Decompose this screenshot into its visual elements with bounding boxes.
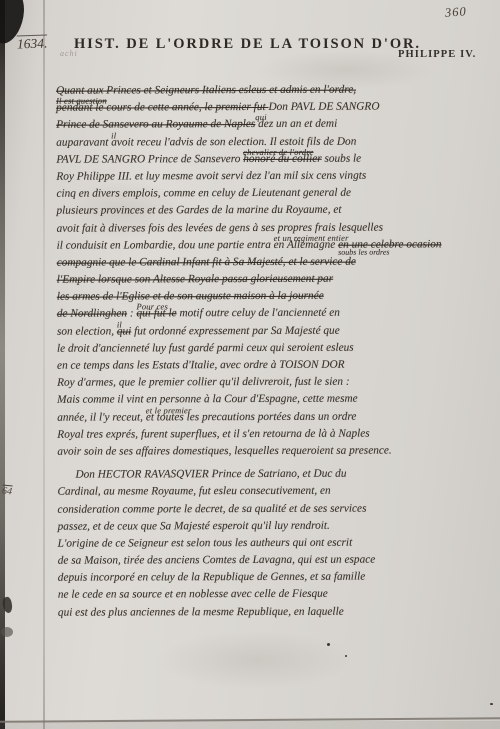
manuscript-text: année, il l'y receut, — [57, 411, 146, 423]
manuscript-line: depuis incorporé en celuy de la Republiq… — [58, 569, 460, 588]
manuscript-text: : — [127, 308, 136, 320]
manuscript-text: Royal tres exprés, furent superflues, et… — [57, 427, 369, 440]
manuscript-line: année, il l'y receut, et le premieret to… — [57, 408, 459, 427]
manuscript-text: dez un an et demi — [255, 118, 337, 130]
page-title: HIST. DE L'ORDRE DE LA TOISON D'OR. — [74, 36, 421, 53]
manuscript-line: PAVL DE SANGRO Prince de Sansevero cheva… — [56, 150, 458, 169]
manuscript-line: son election, ilqui fut ordonné expresse… — [57, 322, 459, 341]
manuscript-text: soubs le — [322, 152, 362, 164]
manuscript-text: auparavant — [56, 136, 111, 148]
manuscript-line: Prince de Sansevero au Royaume de Naples… — [56, 116, 458, 135]
manuscript-text: qui est des plus anciennes de la mesme R… — [58, 605, 344, 618]
manuscript-line: Don HECTOR RAVASQVIER Prince de Satriano… — [57, 465, 459, 484]
ink-blot — [1, 627, 13, 637]
manuscript-line: Roy d'armes, que le premier collier qu'i… — [57, 373, 459, 392]
manuscript-text: Roy Philippe III. et luy mesme avoit ser… — [56, 170, 366, 183]
manuscript-text: plusieurs provinces et des Gardes de la … — [56, 204, 341, 217]
manuscript-line: plusieurs provinces et des Gardes de la … — [56, 202, 458, 221]
manuscript-text: passez, et de ceux que Sa Majesté espero… — [58, 519, 330, 532]
margin-fold-mark: 64 — [1, 486, 12, 498]
manuscript-text: Roy d'armes, que le premier collier qu'i… — [57, 376, 350, 389]
manuscript-line: Quant aux Princes et Seigneurs Italiens … — [56, 81, 458, 100]
manuscript-text: compagnie que le Cardinal Infant fit à S… — [57, 256, 356, 269]
manuscript-line: de sa Maison, tirée des anciens Comtes d… — [58, 551, 460, 570]
paper-crease — [43, 0, 45, 729]
manuscript-text: Mais comme il vint en personne à la Cour… — [57, 393, 358, 406]
paper-smudge — [155, 630, 355, 690]
manuscript-text: le droit d'ancienneté luy fust gardé par… — [57, 341, 354, 354]
manuscript-text: Prince de Sansevero au Royaume de Naples — [56, 118, 255, 131]
manuscript-line: il conduisit en Lombardie, dou une parti… — [57, 236, 459, 255]
manuscript-text: de sa Maison, tirée des anciens Comtes d… — [58, 554, 376, 567]
manuscript-line: Mais comme il vint en personne à la Cour… — [57, 391, 459, 410]
manuscript-text: PAVL DE SANGRO Prince de Sansevero — [56, 153, 243, 166]
page-bottom-shadow — [0, 721, 500, 729]
manuscript-line: avoit fait à diverses fois des levées de… — [57, 219, 459, 238]
ink-speck — [345, 655, 347, 657]
ink-speck — [490, 703, 493, 705]
manuscript-text: Don HECTOR RAVASQVIER Prince de Satriano… — [75, 468, 346, 481]
manuscript-text: en ce temps dans les Estats d'Italie, av… — [57, 359, 345, 372]
manuscript-line: le droit d'ancienneté luy fust gardé par… — [57, 339, 459, 358]
manuscript-text: depuis incorporé en celuy de la Republiq… — [58, 571, 365, 584]
manuscript-scan: 360 1634. achi HIST. DE L'ORDRE DE LA TO… — [0, 0, 500, 729]
manuscript-body: Quant aux Princes et Seigneurs Italiens … — [56, 81, 460, 621]
manuscript-text: il conduisit en Lombardie, dou une parti… — [57, 239, 274, 252]
manuscript-line: les armes de l'Eglise et de son auguste … — [57, 288, 459, 307]
manuscript-line: Cardinal, au mesme Royaume, fut esleu co… — [57, 483, 459, 502]
manuscript-line: consideration comme porte le decret, de … — [58, 500, 460, 519]
manuscript-line: L'origine de ce Seigneur est selon tous … — [58, 534, 460, 553]
manuscript-text: avoit receu l'advis de son election. Il … — [111, 135, 356, 148]
manuscript-text: les armes de l'Eglise et de son auguste … — [57, 290, 324, 303]
manuscript-text: cinq en divers emplois, comme en celuy d… — [56, 187, 351, 200]
ink-speck — [327, 643, 330, 646]
manuscript-text: avoir soin de ses affaires domestiques, … — [57, 444, 391, 457]
manuscript-line: Royal tres exprés, furent superflues, et… — [57, 425, 459, 444]
manuscript-text: L'origine de ce Seigneur est selon tous … — [58, 537, 353, 550]
regnal-header: PHILIPPE IV. — [398, 49, 476, 60]
manuscript-line: ne le cede en sa source et en noblesse a… — [58, 586, 460, 605]
manuscript-line: l'Empire lorsque son Altesse Royale pass… — [57, 270, 459, 289]
manuscript-text: son election, — [57, 325, 117, 337]
manuscript-text: fut ordonné expressement par Sa Majesté … — [131, 324, 339, 337]
manuscript-text: Don PAVL DE SANGRO — [268, 101, 379, 113]
manuscript-text: motif outre celuy de l'ancienneté en — [177, 307, 340, 320]
manuscript-line: qui est des plus anciennes de la mesme R… — [58, 603, 460, 622]
manuscript-text: consideration comme porte le decret, de … — [58, 502, 367, 515]
margin-year-label: 1634. — [17, 35, 48, 52]
manuscript-line: Roy Philippe III. et luy mesme avoit ser… — [56, 167, 458, 186]
manuscript-line: compagnie que le Cardinal Infant fit à S… — [57, 253, 459, 272]
manuscript-line: avoir soin de ses affaires domestiques, … — [57, 442, 459, 461]
manuscript-line: en ce temps dans les Estats d'Italie, av… — [57, 356, 459, 375]
manuscript-line: cinq en divers emplois, comme en celuy d… — [56, 184, 458, 203]
folio-number: 360 — [445, 4, 468, 20]
manuscript-text: ne le cede en sa source et en noblesse a… — [58, 588, 328, 601]
manuscript-line: passez, et de ceux que Sa Majesté espero… — [58, 517, 460, 536]
manuscript-text: l'Empire lorsque son Altesse Royale pass… — [57, 273, 333, 286]
manuscript-text: Cardinal, au mesme Royaume, fut esleu co… — [57, 485, 330, 498]
